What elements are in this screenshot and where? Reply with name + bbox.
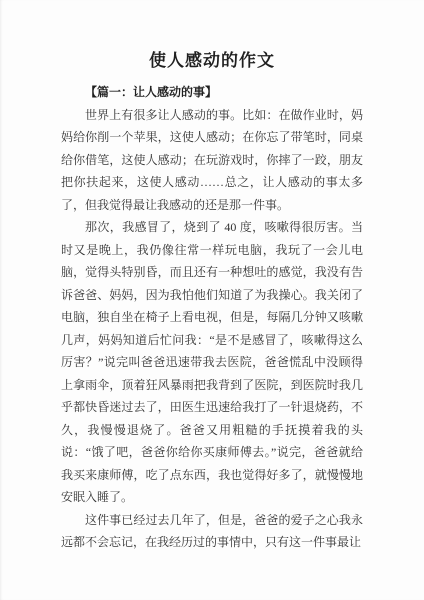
essay-paragraph: 这件事已经过去几年了，但是，爸爸的爱子之心我永远都不会忘记，在我经历过的事情中，… <box>61 509 363 554</box>
document-title: 使人感动的作文 <box>0 50 424 72</box>
essay-paragraph: 那次，我感冒了，烧到了 40 度，咳嗽得很厉害。当时又是晚上，我仍像往常一样玩电… <box>61 216 363 509</box>
section-heading: 【篇一：让人感动的事】 <box>61 81 363 104</box>
essay-body: 世界上有很多让人感动的事。比如：在做作业时，妈妈给你削一个苹果，这使人感动；在你… <box>61 104 363 554</box>
document-content: 【篇一：让人感动的事】 世界上有很多让人感动的事。比如：在做作业时，妈妈给你削一… <box>61 81 363 554</box>
essay-paragraph: 世界上有很多让人感动的事。比如：在做作业时，妈妈给你削一个苹果，这使人感动；在你… <box>61 104 363 217</box>
document-page: 使人感动的作文 【篇一：让人感动的事】 世界上有很多让人感动的事。比如：在做作业… <box>0 0 424 600</box>
